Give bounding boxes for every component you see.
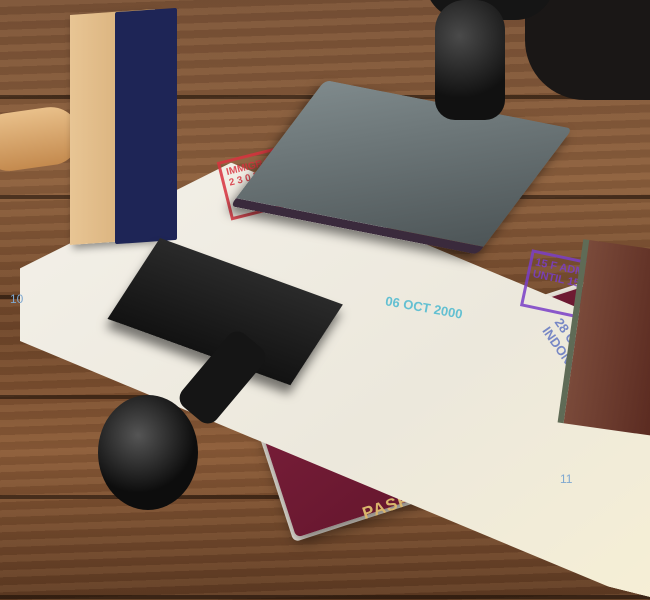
blue-stamp-pad (115, 8, 177, 244)
photo-scene: PASPOORT - PAS IMMIGRATION DELHI W-2 3 0… (0, 0, 650, 600)
black-stamp-handle (98, 395, 198, 510)
black-stamp-knob (435, 0, 505, 120)
background-stamp (525, 0, 650, 100)
page-number-right: 11 (560, 472, 572, 486)
page-number-left: 10 (10, 292, 23, 306)
